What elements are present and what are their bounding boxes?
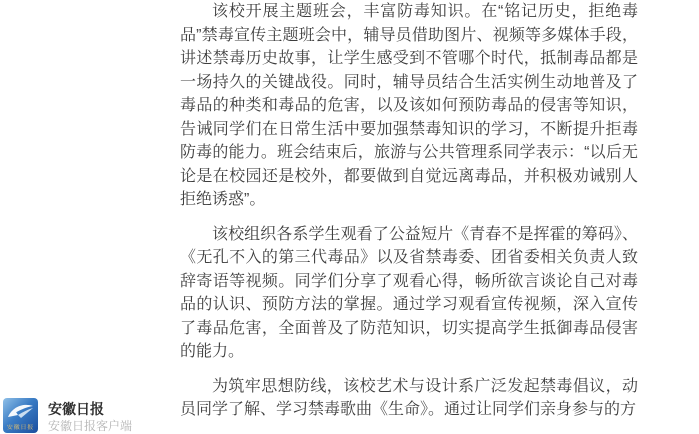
- source-card[interactable]: 安徽日报 安徽日报 安徽日报客户端: [3, 398, 132, 433]
- article-body: 该校开展主题班会，丰富防毒知识。在“铭记历史，拒绝毒品”禁毒宣传主题班会中，辅导…: [180, 0, 638, 433]
- article-paragraph: 该校开展主题班会，丰富防毒知识。在“铭记历史，拒绝毒品”禁毒宣传主题班会中，辅导…: [180, 0, 638, 212]
- source-description: 安徽日报客户端: [48, 420, 132, 433]
- anhui-daily-logo-icon: 安徽日报: [3, 398, 38, 433]
- article-paragraph: 该校组织各系学生观看了公益短片《青春不是挥霍的筹码》、《无孔不入的第三代毒品》以…: [180, 223, 638, 364]
- logo-label: 安徽日报: [6, 425, 36, 432]
- paper-plane-swoosh-icon: [6, 401, 35, 421]
- source-name: 安徽日报: [48, 401, 132, 417]
- article-page: 该校开展主题班会，丰富防毒知识。在“铭记历史，拒绝毒品”禁毒宣传主题班会中，辅导…: [0, 0, 699, 434]
- source-meta: 安徽日报 安徽日报客户端: [48, 398, 132, 433]
- article-paragraph: 为筑牢思想防线，该校艺术与设计系广泛发起禁毒倡议，动员同学了解、学习禁毒歌曲《生…: [180, 375, 638, 422]
